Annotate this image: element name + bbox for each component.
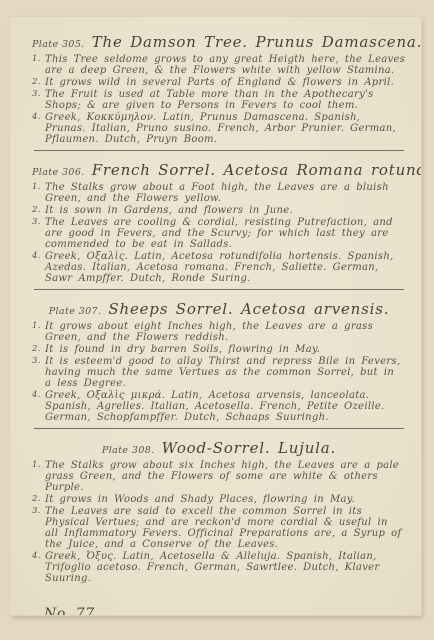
item-text: It is found in dry barren Soils, flowrin… bbox=[45, 344, 320, 355]
numbered-item: 1. It grows about eight Inches high, the… bbox=[32, 321, 406, 343]
numbered-item: 3. The Leaves are said to excell the com… bbox=[32, 506, 406, 550]
item-number: 1. bbox=[32, 54, 41, 65]
item-text: The Fruit is used at Table more than in … bbox=[45, 89, 374, 111]
item-number: 1. bbox=[32, 321, 41, 332]
section-divider bbox=[34, 289, 404, 290]
numbered-item: 2. It grows in Woods and Shady Places, f… bbox=[32, 494, 406, 505]
section-heading: Plate 306.French Sorrel. Acetosa Romana … bbox=[32, 160, 406, 179]
item-list: 1. This Tree seldome grows to any great … bbox=[32, 54, 406, 145]
numbered-item: 2. It grows wild in several Parts of Eng… bbox=[32, 77, 406, 88]
item-text: It grows about eight Inches high, the Le… bbox=[45, 321, 373, 343]
item-text: The Stalks grow about six Inches high, t… bbox=[45, 460, 399, 493]
numbered-item: 2. It is found in dry barren Soils, flow… bbox=[32, 344, 406, 355]
herbal-page-sheet: Plate 305.The Damson Tree. Prunus Damasc… bbox=[10, 17, 421, 615]
item-list: 1. It grows about eight Inches high, the… bbox=[32, 321, 406, 423]
item-text: It is esteem'd good to allay Thirst and … bbox=[45, 356, 400, 389]
item-text: Greek, Ὀξυς. Latin, Acetosella & Alleluj… bbox=[45, 551, 379, 584]
section-heading: Plate 308.Wood-Sorrel. Lujula. bbox=[32, 438, 406, 457]
numbered-item: 1. This Tree seldome grows to any great … bbox=[32, 54, 406, 76]
item-number: 4. bbox=[32, 112, 41, 123]
section-title: The Damson Tree. Prunus Damascena. bbox=[92, 33, 421, 51]
item-number: 4. bbox=[32, 551, 41, 562]
item-number: 3. bbox=[32, 356, 41, 367]
item-text: It is sown in Gardens, and flowers in Ju… bbox=[45, 205, 293, 216]
plate-section-307: Plate 307.Sheeps Sorrel. Acetosa arvensi… bbox=[32, 299, 406, 423]
item-list: 1. The Stalks grow about a Foot high, th… bbox=[32, 182, 406, 284]
item-number: 4. bbox=[32, 390, 41, 401]
item-number: 2. bbox=[32, 205, 41, 216]
plate-section-305: Plate 305.The Damson Tree. Prunus Damasc… bbox=[32, 32, 406, 145]
section-divider bbox=[34, 150, 404, 151]
item-text: The Leaves are cooling & cordial, resist… bbox=[45, 217, 393, 250]
item-text: Greek, Κοκκύμηλον. Latin, Prunus Damasce… bbox=[45, 112, 396, 145]
plate-section-308: Plate 308.Wood-Sorrel. Lujula. 1. The St… bbox=[32, 438, 406, 584]
numbered-item: 2. It is sown in Gardens, and flowers in… bbox=[32, 205, 406, 216]
item-text: Greek, Οξαλὶς μικρά. Latin, Acetosa arve… bbox=[45, 390, 385, 423]
item-number: 2. bbox=[32, 77, 41, 88]
numbered-item: 3. It is esteem'd good to allay Thirst a… bbox=[32, 356, 406, 389]
item-text: Greek, Οξαλὶς. Latin, Acetosa rotundifol… bbox=[45, 251, 394, 284]
item-number: 1. bbox=[32, 182, 41, 193]
plate-section-306: Plate 306.French Sorrel. Acetosa Romana … bbox=[32, 160, 406, 284]
section-title: Sheeps Sorrel. Acetosa arvensis. bbox=[108, 300, 389, 318]
numbered-item: 4. Greek, Οξαλὶς. Latin, Acetosa rotundi… bbox=[32, 251, 406, 284]
item-number: 3. bbox=[32, 506, 41, 517]
numbered-item: 1. The Stalks grow about six Inches high… bbox=[32, 460, 406, 493]
item-text: The Stalks grow about a Foot high, the L… bbox=[45, 182, 389, 204]
item-number: 4. bbox=[32, 251, 41, 262]
item-number: 2. bbox=[32, 344, 41, 355]
item-number: 3. bbox=[32, 217, 41, 228]
item-number: 1. bbox=[32, 460, 41, 471]
numbered-item: 4. Greek, Οξαλὶς μικρά. Latin, Acetosa a… bbox=[32, 390, 406, 423]
section-heading: Plate 307.Sheeps Sorrel. Acetosa arvensi… bbox=[32, 299, 406, 318]
numbered-item: 3. The Leaves are cooling & cordial, res… bbox=[32, 217, 406, 250]
plate-label: Plate 305. bbox=[32, 39, 85, 50]
numbered-item: 4. Greek, Ὀξυς. Latin, Acetosella & Alle… bbox=[32, 551, 406, 584]
numbered-item: 3. The Fruit is used at Table more than … bbox=[32, 89, 406, 111]
item-text: The Leaves are said to excell the common… bbox=[45, 506, 402, 550]
section-heading: Plate 305.The Damson Tree. Prunus Damasc… bbox=[32, 32, 406, 51]
plate-label: Plate 307. bbox=[49, 306, 102, 317]
section-divider bbox=[34, 428, 404, 429]
item-text: It grows wild in several Parts of Englan… bbox=[45, 77, 394, 88]
item-list: 1. The Stalks grow about six Inches high… bbox=[32, 460, 406, 584]
page-number: No. 77. bbox=[44, 606, 406, 615]
numbered-item: 1. The Stalks grow about a Foot high, th… bbox=[32, 182, 406, 204]
item-text: This Tree seldome grows to any great Hei… bbox=[45, 54, 405, 76]
item-number: 2. bbox=[32, 494, 41, 505]
plate-label: Plate 306. bbox=[32, 167, 85, 178]
section-title: Wood-Sorrel. Lujula. bbox=[162, 439, 336, 457]
plate-label: Plate 308. bbox=[102, 445, 155, 456]
section-title: French Sorrel. Acetosa Romana rotundifol… bbox=[92, 161, 421, 179]
item-number: 3. bbox=[32, 89, 41, 100]
item-text: It grows in Woods and Shady Places, flow… bbox=[45, 494, 355, 505]
numbered-item: 4. Greek, Κοκκύμηλον. Latin, Prunus Dama… bbox=[32, 112, 406, 145]
